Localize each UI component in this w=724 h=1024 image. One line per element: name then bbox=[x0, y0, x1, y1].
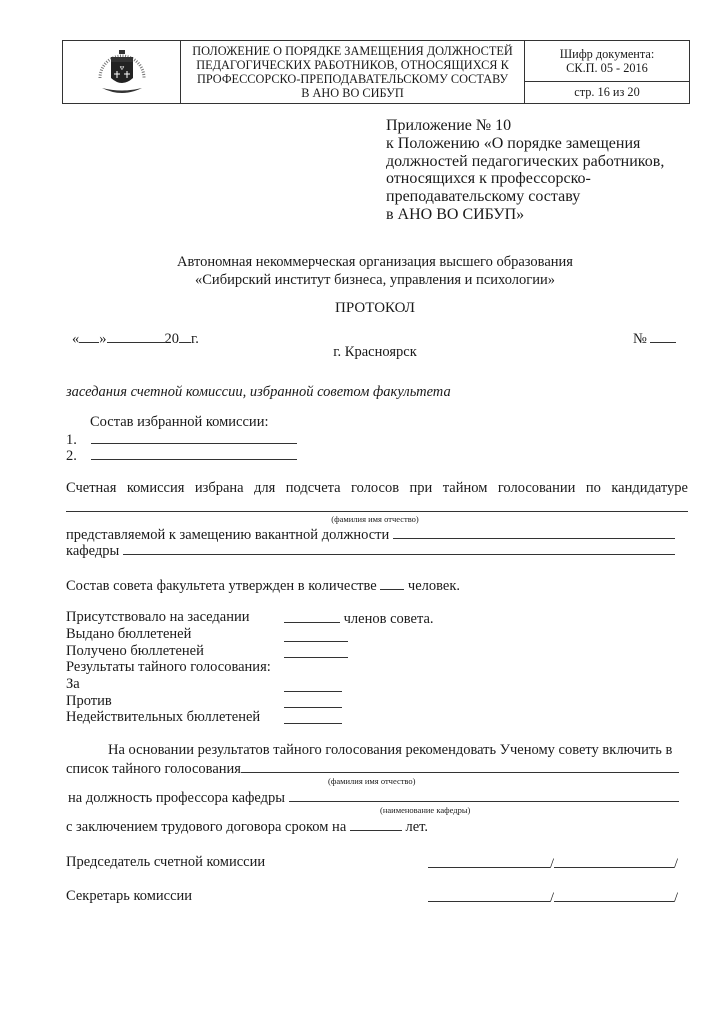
present-label: Присутствовало на заседании bbox=[66, 609, 250, 626]
candidate-fio-field[interactable] bbox=[66, 511, 688, 512]
for-field[interactable] bbox=[284, 691, 342, 692]
term-prefix: с заключением трудового договора сроком … bbox=[66, 819, 346, 835]
council-count-field[interactable] bbox=[380, 576, 404, 590]
document-header: Ψ ПОЛОЖЕНИЕ О ПОРЯДКЕ ЗАМЕЩЕНИЯ ДОЛЖНОСТ… bbox=[62, 40, 690, 104]
month-field[interactable] bbox=[107, 329, 165, 343]
contract-term-row: с заключением трудового договора сроком … bbox=[66, 817, 428, 836]
title-line: ПЕДАГОГИЧЕСКИХ РАБОТНИКОВ, ОТНОСЯЩИХСЯ К bbox=[196, 58, 509, 72]
for-label: За bbox=[66, 676, 80, 693]
appendix-line: к Положению «О порядке замещения bbox=[386, 135, 664, 153]
chair-signature-field[interactable] bbox=[428, 854, 550, 868]
council-size: Состав совета факультета утвержден в кол… bbox=[66, 576, 460, 595]
title-line: ПОЛОЖЕНИЕ О ПОРЯДКЕ ЗАМЕЩЕНИЯ ДОЛЖНОСТЕЙ bbox=[192, 44, 513, 58]
city: г. Красноярск bbox=[60, 344, 690, 361]
issued-label: Выдано бюллетеней bbox=[66, 626, 191, 643]
org-line: Автономная некоммерческая организация вы… bbox=[60, 253, 690, 271]
vote-list-label: список тайного голосования bbox=[66, 761, 241, 777]
department-field[interactable] bbox=[123, 541, 675, 555]
commission-label: Состав избранной комиссии: bbox=[90, 414, 268, 431]
commission-member-2: 2. bbox=[66, 446, 297, 465]
council-suffix: человек. bbox=[408, 578, 460, 594]
title-line: В АНО ВО СИБУП bbox=[301, 86, 403, 100]
against-field[interactable] bbox=[284, 707, 342, 708]
appendix-line: относящихся к профессорско- bbox=[386, 170, 664, 188]
logo-cell: Ψ bbox=[63, 41, 181, 103]
term-suffix: лет. bbox=[406, 819, 429, 835]
nominee-fio-field[interactable] bbox=[241, 759, 679, 773]
document-title: ПОЛОЖЕНИЕ О ПОРЯДКЕ ЗАМЕЩЕНИЯ ДОЛЖНОСТЕЙ… bbox=[181, 41, 525, 103]
council-prefix: Состав совета факультета утвержден в кол… bbox=[66, 578, 377, 594]
present-row: членов совета. bbox=[284, 609, 434, 628]
appendix-line: Приложение № 10 bbox=[386, 117, 664, 135]
department-row: кафедры bbox=[66, 541, 675, 560]
number-field[interactable] bbox=[650, 329, 676, 343]
secretary-name-field[interactable] bbox=[554, 888, 674, 902]
org-line: «Сибирский институт бизнеса, управления … bbox=[60, 271, 690, 289]
page-number: стр. 16 из 20 bbox=[525, 81, 689, 103]
present-field[interactable] bbox=[284, 609, 340, 623]
recommendation-line-1: На основании результатов тайного голосов… bbox=[108, 742, 672, 759]
nominee-fio-hint: (фамилия имя отчество) bbox=[328, 776, 415, 786]
secretary-signature-field[interactable] bbox=[428, 888, 550, 902]
cipher-label: Шифр документа: bbox=[525, 47, 689, 61]
received-field[interactable] bbox=[284, 657, 348, 658]
protocol-subtitle: заседания счетной комиссии, избранной со… bbox=[66, 384, 451, 401]
professor-position-label: на должность профессора кафедры bbox=[68, 790, 285, 806]
present-suffix: членов совета. bbox=[344, 611, 434, 627]
appendix-line: преподавательскому составу bbox=[386, 188, 664, 206]
department-label: кафедры bbox=[66, 543, 119, 559]
professor-department-field[interactable] bbox=[289, 788, 679, 802]
secretary-signature: // bbox=[428, 888, 678, 907]
member-number: 2. bbox=[66, 448, 77, 464]
separator: / bbox=[674, 856, 678, 872]
vacancy-field[interactable] bbox=[393, 525, 675, 539]
fio-hint: (фамилия имя отчество) bbox=[60, 514, 690, 524]
chair-label: Председатель счетной комиссии bbox=[66, 854, 265, 871]
results-label: Результаты тайного голосования: bbox=[66, 659, 271, 676]
university-crest-icon: Ψ bbox=[92, 44, 152, 100]
member-field[interactable] bbox=[91, 430, 297, 444]
year-field[interactable] bbox=[179, 329, 191, 343]
member-field[interactable] bbox=[91, 446, 297, 460]
professor-position-row: на должность профессора кафедры bbox=[68, 788, 679, 807]
title-line: ПРОФЕССОРСКО-ПРЕПОДАВАТЕЛЬСКОМУ СОСТАВУ bbox=[197, 72, 508, 86]
chair-signature: // bbox=[428, 854, 678, 873]
department-hint: (наименование кафедры) bbox=[380, 805, 470, 815]
document-cipher: Шифр документа: СК.П. 05 - 2016 bbox=[525, 41, 689, 82]
cipher-value: СК.П. 05 - 2016 bbox=[525, 61, 689, 75]
secretary-label: Секретарь комиссии bbox=[66, 888, 192, 905]
appendix-block: Приложение № 10 к Положению «О порядке з… bbox=[386, 117, 664, 224]
chair-name-field[interactable] bbox=[554, 854, 674, 868]
separator: / bbox=[674, 890, 678, 906]
term-field[interactable] bbox=[350, 817, 402, 831]
against-label: Против bbox=[66, 693, 112, 710]
appendix-line: должностей педагогических работников, bbox=[386, 153, 664, 171]
appendix-line: в АНО ВО СИБУП» bbox=[386, 206, 664, 224]
issued-field[interactable] bbox=[284, 641, 348, 642]
organization-name: Автономная некоммерческая организация вы… bbox=[60, 253, 690, 289]
day-field[interactable] bbox=[79, 329, 99, 343]
received-label: Получено бюллетеней bbox=[66, 643, 204, 660]
invalid-field[interactable] bbox=[284, 723, 342, 724]
invalid-label: Недействительных бюллетеней bbox=[66, 709, 260, 726]
elected-text: Счетная комиссия избрана для подсчета го… bbox=[66, 480, 688, 497]
svg-text:Ψ: Ψ bbox=[119, 66, 124, 72]
protocol-title: ПРОТОКОЛ bbox=[60, 300, 690, 317]
